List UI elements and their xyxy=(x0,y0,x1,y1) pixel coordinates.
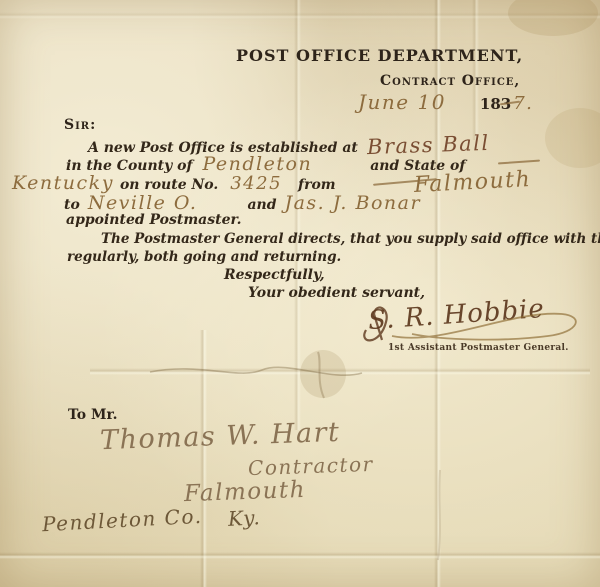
address-role-handwritten: Contractor xyxy=(248,452,374,480)
department-title: POST OFFICE DEPARTMENT, xyxy=(236,46,523,65)
date-year-handwritten: 7. xyxy=(513,93,533,114)
document-scan: POST OFFICE DEPARTMENT, Contract Office,… xyxy=(0,0,600,587)
printed-text: to xyxy=(64,197,80,213)
closing-respectfully: Respectfully, xyxy=(224,267,325,283)
handwritten-route-number: 3425 xyxy=(230,173,282,194)
body-line-5: appointed Postmaster. xyxy=(66,212,241,228)
address-to-label: To Mr. xyxy=(68,407,118,423)
handwritten-state: Kentucky xyxy=(12,172,114,194)
date-handwritten: June 10 xyxy=(358,90,446,114)
printed-text: on route No. xyxy=(120,177,218,193)
body-paragraph2-line2: regularly, both going and returning. xyxy=(67,249,341,265)
printed-text: and xyxy=(247,197,276,213)
handwritten-postmaster-name: Jas. J. Bonar xyxy=(284,192,421,214)
printed-text: from xyxy=(298,177,336,193)
address-town-handwritten: Falmouth xyxy=(184,477,307,507)
body-line-4: to Neville O. and Jas. J. Bonar xyxy=(64,192,421,214)
salutation: Sir: xyxy=(64,117,96,133)
address-state-handwritten: Ky. xyxy=(227,505,261,531)
handwritten-route-to: Neville O. xyxy=(88,192,198,214)
signature-title: 1st Assistant Postmaster General. xyxy=(388,343,569,353)
body-paragraph2-line1: The Postmaster General directs, that you… xyxy=(101,231,600,247)
office-subtitle: Contract Office, xyxy=(380,73,520,89)
handwritten-route-from: Falmouth xyxy=(413,167,531,198)
